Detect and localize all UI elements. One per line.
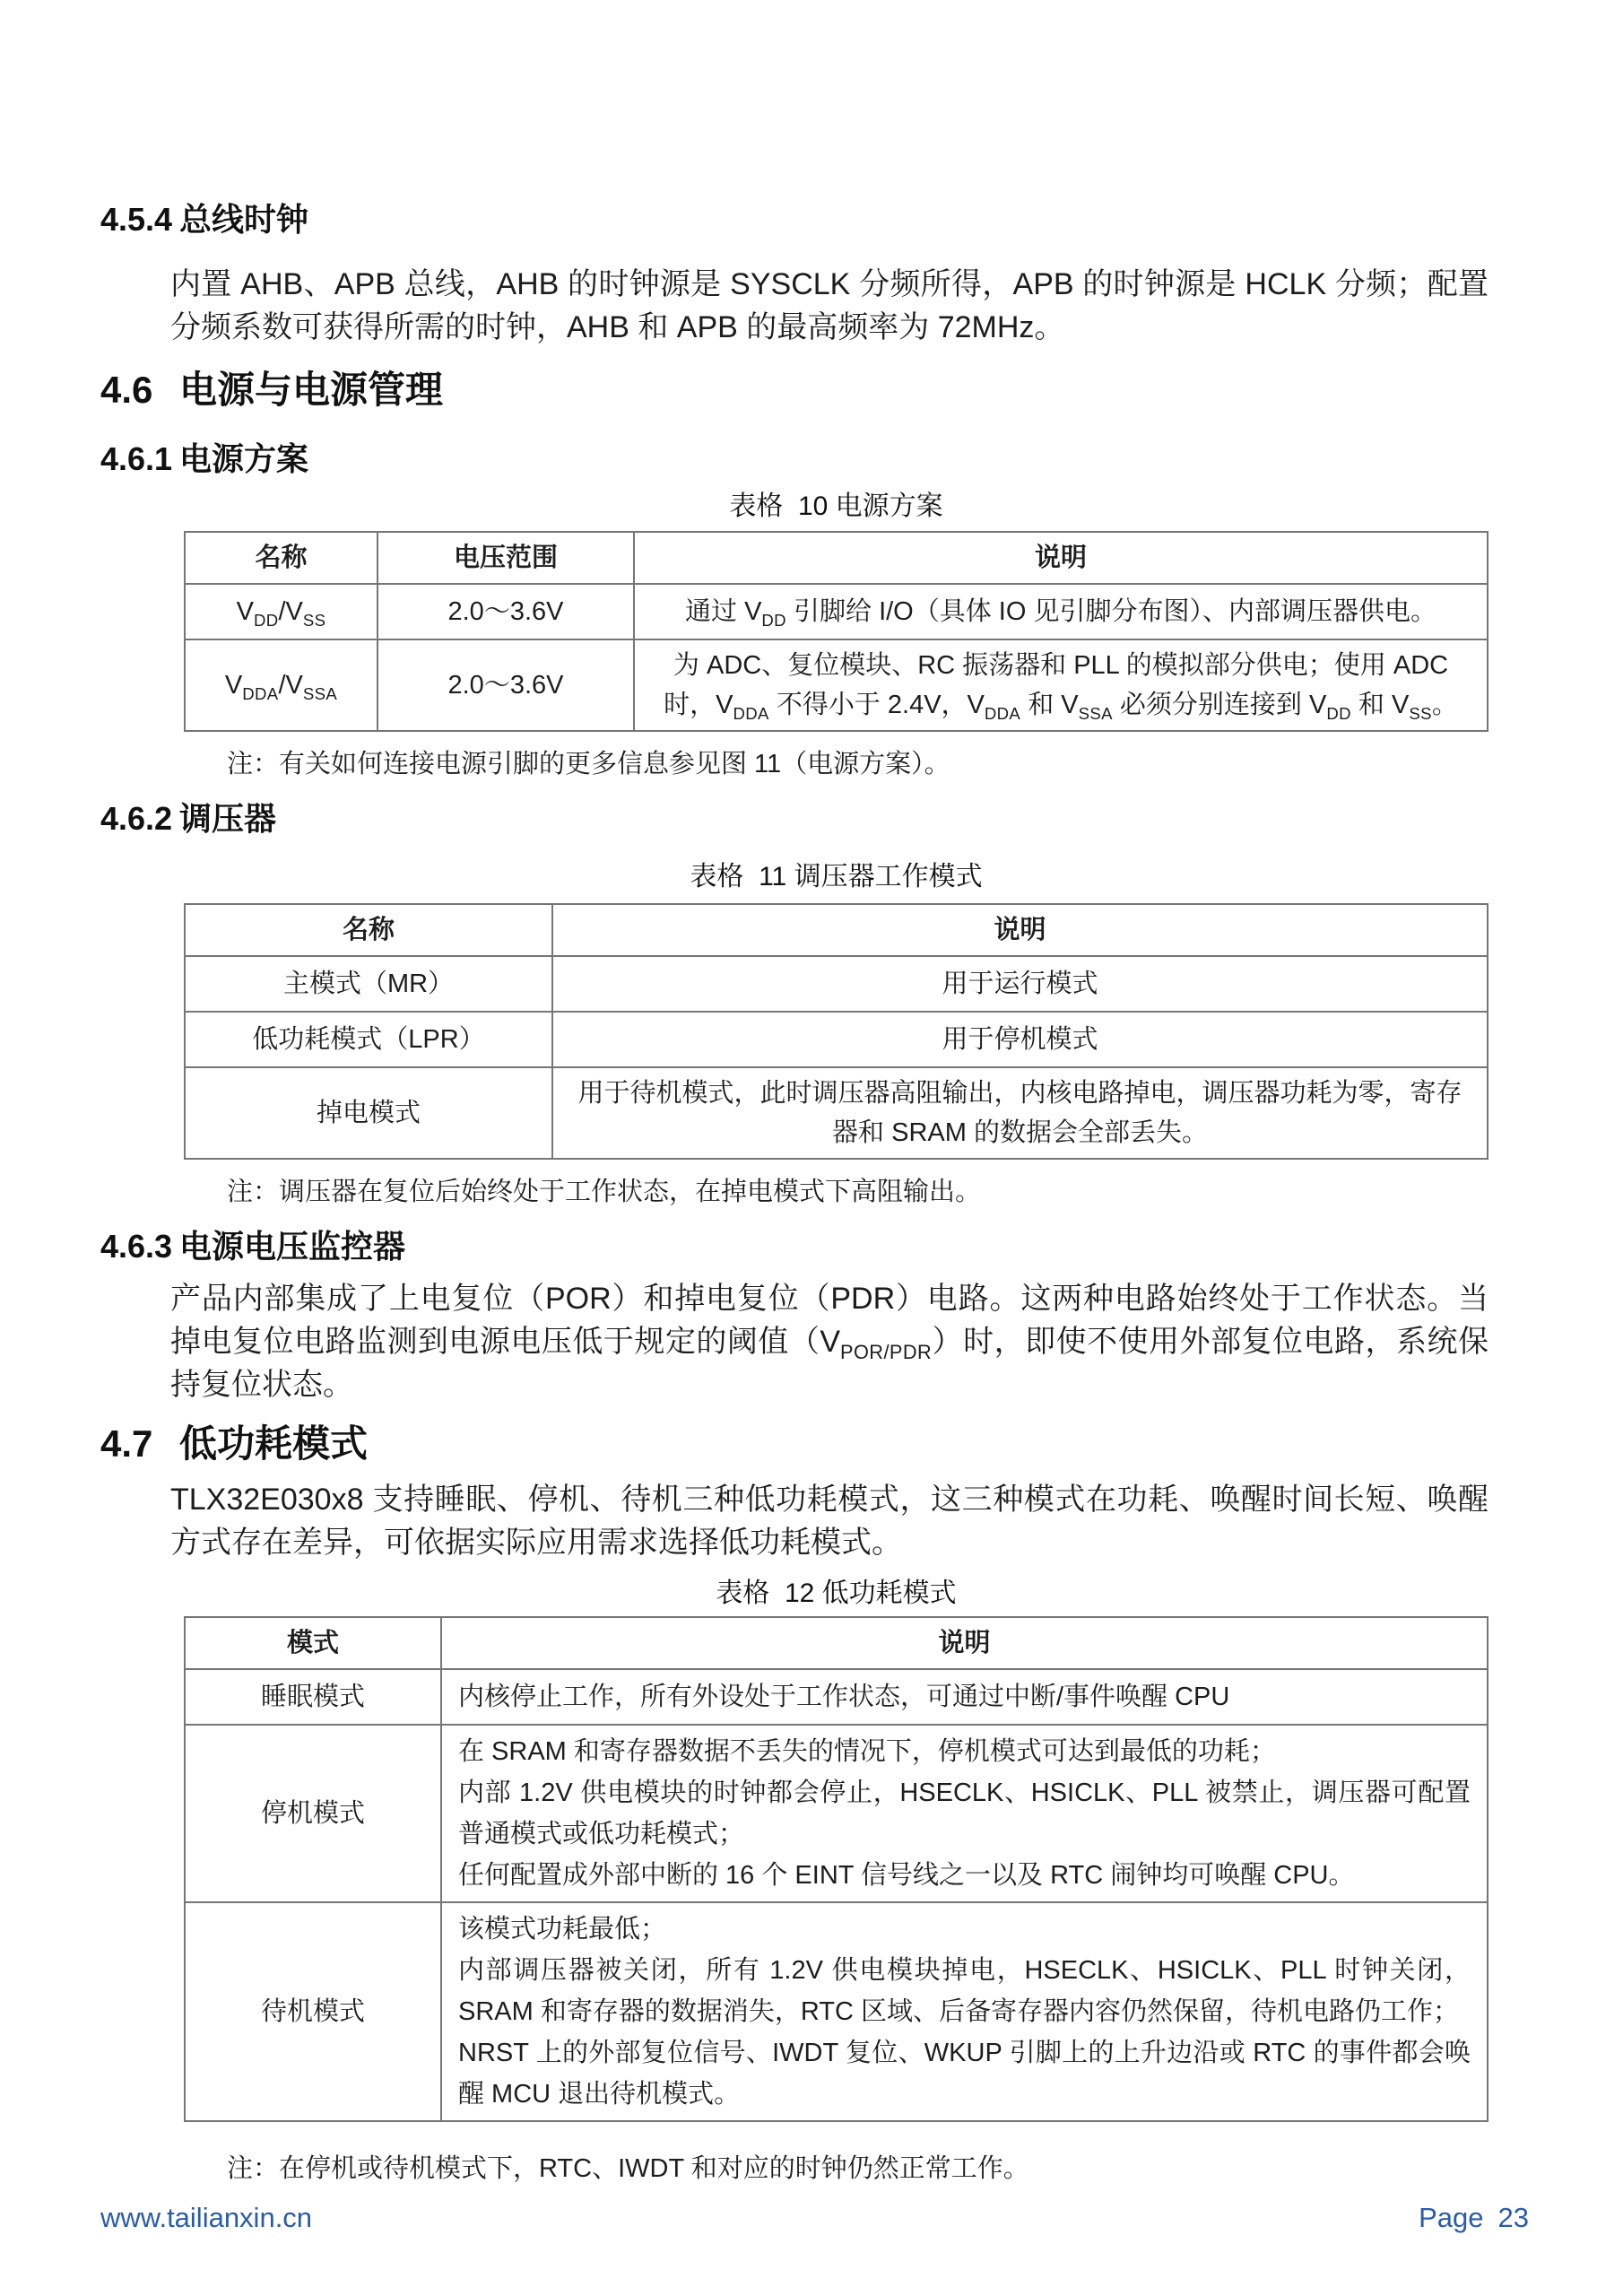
cell-mode-name: 停机模式 (185, 1725, 441, 1902)
cell-description: 用于停机模式 (552, 1012, 1488, 1067)
table12-caption: 表格 12 低功耗模式 (184, 1577, 1488, 1611)
cell-description: 为 ADC、复位模块、RC 振荡器和 PLL 的模拟部分供电；使用 ADC 时，… (634, 639, 1488, 731)
cell-description: 该模式功耗最低； 内部调压器被关闭，所有 1.2V 供电模块掉电，HSECLK、… (441, 1902, 1488, 2121)
section-title: 调压器 (179, 798, 1529, 839)
description-line: 内部调压器被关闭，所有 1.2V 供电模块掉电，HSECLK、HSICLK、PL… (458, 1950, 1471, 2032)
table-row: 低功耗模式（LPR） 用于停机模式 (185, 1012, 1488, 1067)
table10-caption: 表格 10 电源方案 (184, 490, 1488, 524)
section-title: 低功耗模式 (179, 1421, 1529, 1467)
cell-description: 在 SRAM 和寄存器数据不丢失的情况下，停机模式可达到最低的功耗； 内部 1.… (441, 1725, 1488, 1902)
cell-description: 内核停止工作，所有外设处于工作状态，可通过中断/事件唤醒 CPU (441, 1669, 1488, 1725)
section-title: 电源方案 (179, 439, 1529, 479)
footer-website-link[interactable]: www.tailianxin.cn (100, 2202, 312, 2234)
section-number: 4.6.3 (100, 1226, 179, 1266)
col-header-name: 名称 (185, 532, 378, 584)
cell-supply-name: VDDA/VSSA (185, 639, 378, 731)
section-number: 4.6 (100, 367, 179, 413)
description-line: 该模式功耗最低； (458, 1909, 1471, 1950)
description-line: 内部 1.2V 供电模块的时钟都会停止，HSECLK、HSICLK、PLL 被禁… (458, 1772, 1471, 1855)
paragraph-low-power-intro: TLX32E030x8 支持睡眠、停机、待机三种低功耗模式，这三种模式在功耗、唤… (170, 1478, 1488, 1564)
section-heading-4-6-2: 4.6.2 调压器 (100, 798, 1529, 839)
table12-note: 注：在停机或待机模式下，RTC、IWDT 和对应的时钟仍然正常工作。 (227, 2152, 1529, 2185)
paragraph-bus-clock: 内置 AHB、APB 总线，AHB 的时钟源是 SYSCLK 分频所得，APB … (170, 263, 1488, 349)
section-number: 4.6.2 (100, 798, 179, 839)
low-power-modes-table: 模式 说明 睡眠模式 内核停止工作，所有外设处于工作状态，可通过中断/事件唤醒 … (184, 1616, 1488, 2122)
table-row: 主模式（MR） 用于运行模式 (185, 956, 1488, 1012)
table10-note: 注：有关如何连接电源引脚的更多信息参见图 11（电源方案）。 (227, 748, 1529, 780)
page-number-value: 23 (1498, 2202, 1529, 2233)
footer-page-number: Page23 (1419, 2202, 1529, 2234)
section-heading-4-6-3: 4.6.3 电源电压监控器 (100, 1226, 1529, 1266)
table-row: 睡眠模式 内核停止工作，所有外设处于工作状态，可通过中断/事件唤醒 CPU (185, 1669, 1488, 1725)
table-row: 掉电模式 用于待机模式，此时调压器高阻输出，内核电路掉电，调压器功耗为零，寄存器… (185, 1067, 1488, 1159)
section-heading-4-5-4: 4.5.4 总线时钟 (100, 199, 1529, 239)
table-row: 停机模式 在 SRAM 和寄存器数据不丢失的情况下，停机模式可达到最低的功耗； … (185, 1725, 1488, 1902)
section-number: 4.5.4 (100, 199, 179, 239)
col-header-name: 名称 (185, 904, 552, 956)
section-title: 总线时钟 (179, 199, 1529, 239)
cell-supply-name: VDD/VSS (185, 584, 378, 639)
col-header-mode: 模式 (185, 1617, 441, 1669)
cell-voltage-range: 2.0～3.6V (378, 584, 634, 639)
col-header-voltage-range: 电压范围 (378, 532, 634, 584)
col-header-description: 说明 (552, 904, 1488, 956)
section-title: 电源与电源管理 (179, 367, 1529, 413)
section-number: 4.7 (100, 1421, 179, 1467)
power-scheme-table: 名称 电压范围 说明 VDD/VSS 2.0～3.6V 通过 VDD 引脚给 I… (184, 531, 1488, 732)
table-header-row: 模式 说明 (185, 1617, 1488, 1669)
cell-description: 通过 VDD 引脚给 I/O（具体 IO 见引脚分布图）、内部调压器供电。 (634, 584, 1488, 639)
page-content: 4.5.4 总线时钟 内置 AHB、APB 总线，AHB 的时钟源是 SYSCL… (100, 0, 1529, 2185)
section-heading-4-7: 4.7 低功耗模式 (100, 1421, 1529, 1467)
table-header-row: 名称 电压范围 说明 (185, 532, 1488, 584)
cell-mode-name: 待机模式 (185, 1902, 441, 2121)
section-number: 4.6.1 (100, 439, 179, 479)
cell-mode-name: 掉电模式 (185, 1067, 552, 1159)
table11-note: 注：调压器在复位后始终处于工作状态，在掉电模式下高阻输出。 (227, 1176, 1529, 1208)
paragraph-voltage-monitor: 产品内部集成了上电复位（POR）和掉电复位（PDR）电路。这两种电路始终处于工作… (170, 1277, 1488, 1406)
regulator-modes-table: 名称 说明 主模式（MR） 用于运行模式 低功耗模式（LPR） 用于停机模式 掉… (184, 903, 1488, 1160)
datasheet-page: 4.5.4 总线时钟 内置 AHB、APB 总线，AHB 的时钟源是 SYSCL… (0, 0, 1623, 2296)
section-heading-4-6: 4.6 电源与电源管理 (100, 367, 1529, 413)
table-row: 待机模式 该模式功耗最低； 内部调压器被关闭，所有 1.2V 供电模块掉电，HS… (185, 1902, 1488, 2121)
table-row: VDD/VSS 2.0～3.6V 通过 VDD 引脚给 I/O（具体 IO 见引… (185, 584, 1488, 639)
cell-description: 用于待机模式，此时调压器高阻输出，内核电路掉电，调压器功耗为零，寄存器和 SRA… (552, 1067, 1488, 1159)
page-label: Page (1419, 2202, 1483, 2233)
page-footer: www.tailianxin.cn Page23 (100, 2202, 1529, 2234)
cell-mode-name: 主模式（MR） (185, 956, 552, 1012)
section-heading-4-6-1: 4.6.1 电源方案 (100, 439, 1529, 479)
section-title: 电源电压监控器 (179, 1226, 1529, 1266)
table11-caption: 表格 11 调压器工作模式 (184, 860, 1488, 894)
description-line: 在 SRAM 和寄存器数据不丢失的情况下，停机模式可达到最低的功耗； (458, 1731, 1471, 1772)
col-header-description: 说明 (634, 532, 1488, 584)
description-line: NRST 上的外部复位信号、IWDT 复位、WKUP 引脚上的上升边沿或 RTC… (458, 2032, 1471, 2115)
col-header-description: 说明 (441, 1617, 1488, 1669)
cell-mode-name: 低功耗模式（LPR） (185, 1012, 552, 1067)
description-line: 内核停止工作，所有外设处于工作状态，可通过中断/事件唤醒 CPU (458, 1676, 1471, 1718)
cell-voltage-range: 2.0～3.6V (378, 639, 634, 731)
cell-mode-name: 睡眠模式 (185, 1669, 441, 1725)
table-header-row: 名称 说明 (185, 904, 1488, 956)
description-line: 任何配置成外部中断的 16 个 EINT 信号线之一以及 RTC 闹钟均可唤醒 … (458, 1855, 1471, 1896)
table-row: VDDA/VSSA 2.0～3.6V 为 ADC、复位模块、RC 振荡器和 PL… (185, 639, 1488, 731)
cell-description: 用于运行模式 (552, 956, 1488, 1012)
